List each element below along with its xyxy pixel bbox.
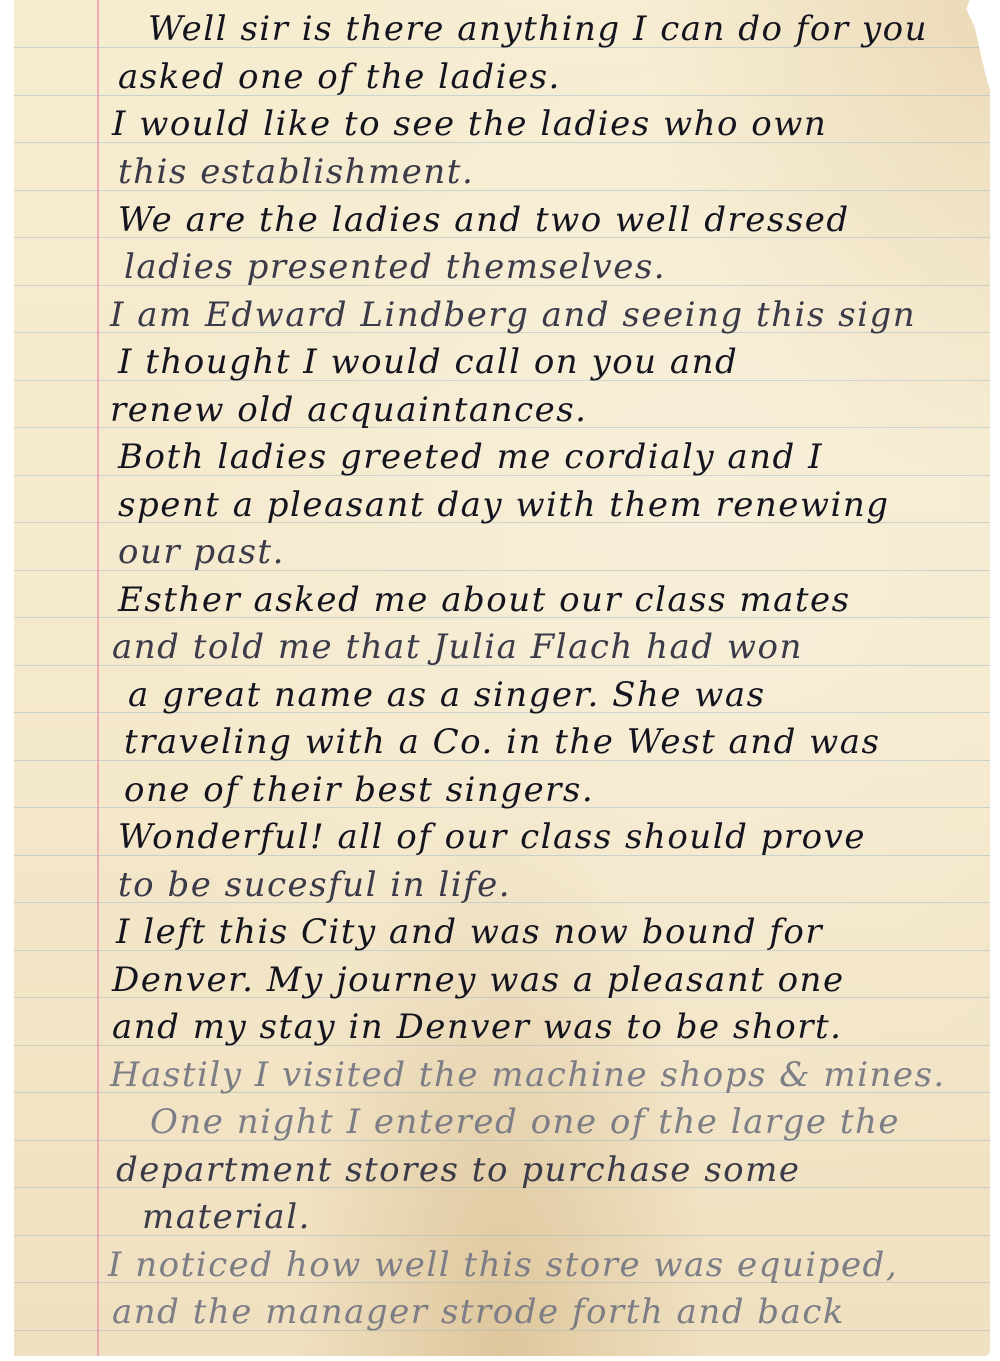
text-line-17: one of their best singers.	[124, 773, 594, 807]
text-line-1: Well sir is there anything I can do for …	[148, 12, 928, 46]
text-line-27: I noticed how well this store was equipe…	[108, 1248, 898, 1282]
text-line-23: Hastily I visited the machine shops & mi…	[110, 1058, 946, 1092]
margin-line	[97, 0, 99, 1356]
text-line-22: and my stay in Denver was to be short.	[112, 1010, 842, 1044]
text-line-3: I would like to see the ladies who own	[112, 107, 827, 141]
text-line-25: department stores to purchase some	[116, 1153, 801, 1187]
text-line-26: material.	[142, 1200, 311, 1234]
text-line-13: Esther asked me about our class mates	[118, 583, 851, 617]
torn-corner	[956, 0, 990, 90]
text-line-9: renew old acquaintances.	[110, 393, 588, 427]
text-line-28: and the manager strode forth and back	[112, 1295, 845, 1329]
text-line-4: this establishment.	[118, 155, 474, 189]
text-line-18: Wonderful! all of our class should prove	[118, 820, 866, 854]
text-line-20: I left this City and was now bound for	[116, 915, 823, 949]
text-line-10: Both ladies greeted me cordialy and I	[118, 440, 823, 474]
text-line-8: I thought I would call on you and	[118, 345, 738, 379]
text-line-11: spent a pleasant day with them renewing	[118, 488, 890, 522]
text-line-14: and told me that Julia Flach had won	[112, 630, 803, 664]
text-line-6: ladies presented themselves.	[124, 250, 666, 284]
text-line-2: asked one of the ladies.	[118, 60, 561, 94]
text-line-21: Denver. My journey was a pleasant one	[112, 963, 845, 997]
text-line-15: a great name as a singer. She was	[128, 678, 766, 712]
text-line-19: to be sucesful in life.	[118, 868, 511, 902]
text-line-12: our past.	[118, 535, 285, 569]
text-line-5: We are the ladies and two well dressed	[118, 203, 850, 237]
text-line-24: One night I entered one of the large the	[150, 1105, 900, 1139]
text-line-16: traveling with a Co. in the West and was	[124, 725, 881, 759]
text-line-7: I am Edward Lindberg and seeing this sig…	[110, 298, 916, 332]
